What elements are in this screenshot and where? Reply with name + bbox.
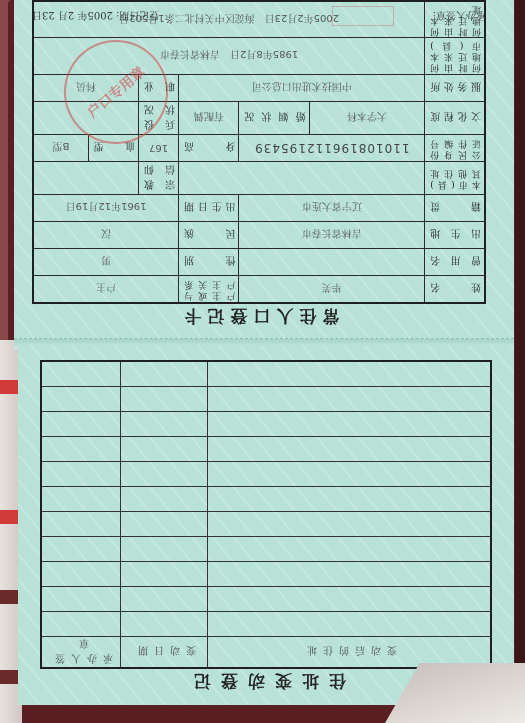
- label-name: 姓名: [425, 276, 485, 304]
- label-moved-from-city: 何时由何地迁来本市(县): [425, 38, 485, 75]
- value-workplace: 中国技术进出口总公司: [179, 75, 425, 102]
- card-title: 常住人口登记卡: [24, 305, 494, 330]
- table-row: [41, 412, 491, 437]
- address-change-table: 变动后的住址 变动日期 承办人签章: [40, 360, 492, 669]
- value-other-address: [179, 162, 425, 195]
- value-height: 167: [139, 135, 179, 162]
- label-id-number: 公民身份证件编号: [425, 135, 485, 162]
- value-name: 毕芙: [239, 276, 425, 304]
- table-row: [41, 387, 491, 412]
- value-id-number: 110108196112195439: [239, 135, 425, 162]
- label-sex: 性别: [179, 249, 239, 276]
- label-birthplace: 出生地: [425, 222, 485, 249]
- table-row: [41, 537, 491, 562]
- label-marital: 婚姻状况: [239, 102, 309, 135]
- address-change-page: 住址变动登记 变动后的住址 变动日期 承办人签章: [18, 345, 514, 705]
- value-marital: 有配偶: [179, 102, 239, 135]
- label-birth-date: 出生日期: [179, 195, 239, 222]
- table-row: [41, 612, 491, 637]
- address-change-section: 住址变动登记 变动后的住址 变动日期 承办人签章: [30, 355, 500, 695]
- label-workplace: 服务处所: [425, 75, 485, 102]
- officer-seal-box: [332, 6, 394, 26]
- table-row: [41, 462, 491, 487]
- value-ethnicity: 汉: [33, 222, 179, 249]
- table-row: [41, 587, 491, 612]
- value-sex: 男: [33, 249, 179, 276]
- table-row: [41, 487, 491, 512]
- label-height: 身高: [179, 135, 239, 162]
- table-row: [41, 512, 491, 537]
- value-birth-date: 1961年12月19日: [33, 195, 179, 222]
- label-ethnicity: 民族: [179, 222, 239, 249]
- card-footer: 承办人签章: 登记日期: 2005年 2月 23日: [32, 9, 486, 24]
- desk-background-right: [515, 0, 525, 723]
- label-native-place: 籍贯: [425, 195, 485, 222]
- label-relation: 户主或与户主关系: [179, 276, 239, 304]
- label-former-name: 曾用名: [425, 249, 485, 276]
- label-other-address: 本市(县)其他住址: [425, 162, 485, 195]
- registration-card-page: 常住人口登记卡 姓名 毕芙 户主或与户主关系 户主 曾用名 性别 男: [14, 0, 514, 340]
- label-education: 文化程度: [425, 102, 485, 135]
- value-education: 大学本科: [309, 102, 425, 135]
- value-birthplace: 吉林省长春市: [239, 222, 425, 249]
- label-religion: 宗教信仰: [139, 162, 179, 195]
- value-relation: 户主: [33, 276, 179, 304]
- column-change-date: 变动日期: [121, 637, 208, 669]
- table-row: [41, 562, 491, 587]
- value-religion: [33, 162, 139, 195]
- value-former-name: [239, 249, 425, 276]
- column-officer-seal: 承办人签章: [41, 637, 121, 669]
- value-native-place: 辽宁省大连市: [239, 195, 425, 222]
- officer-signature-label: 承办人签章:: [433, 9, 486, 20]
- registration-date: 登记日期: 2005年 2月 23日: [32, 9, 160, 24]
- value-blood-type: B型: [33, 135, 88, 162]
- table-row: [41, 437, 491, 462]
- table-row: [41, 361, 491, 387]
